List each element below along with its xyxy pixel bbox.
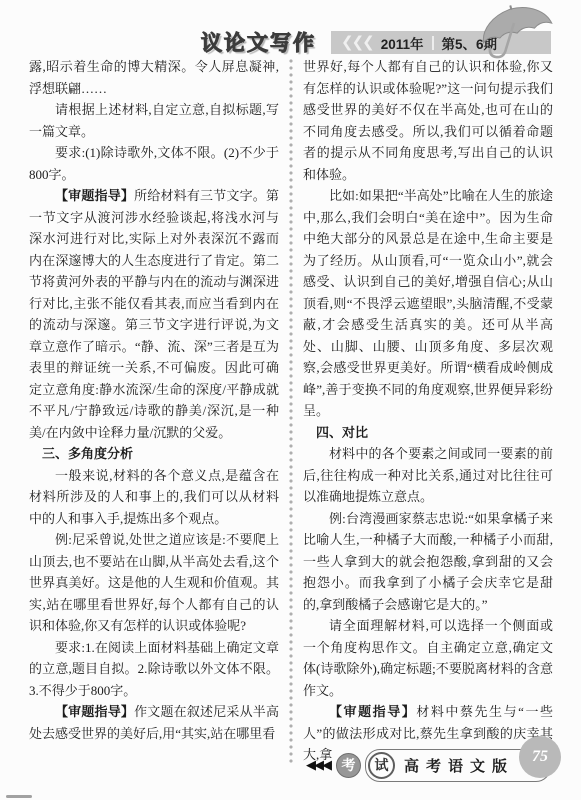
column-divider: [288, 58, 294, 766]
exam-badge-shi: 试: [368, 752, 395, 779]
chevrons-icon: ❮❮❮: [341, 35, 373, 50]
year-label: 2011年: [381, 33, 424, 53]
paragraph: 例:台湾漫画家蔡志忠说:“如果拿橘子来比喻人生,一种橘子大而酸,一种橘子小而甜,…: [303, 508, 553, 616]
paragraph: 世界好,每个人都有自己的认识和体验,你又有怎样的认识或体验呢?”这一问句提示我们…: [303, 56, 553, 185]
paragraph: 一般来说,材料的各个意义点,是蕴含在材料所涉及的人和事上的,我们可以从材料中的人…: [29, 465, 279, 530]
paragraph: 请根据上述材料,自定立意,自拟标题,写一篇文章。: [29, 99, 279, 142]
back-arrows-icon: ◀◀◀: [306, 758, 330, 773]
paragraph-text: 要求:(1)除诗歌外,文体不限。(2)不少于800字。: [29, 145, 279, 182]
article-body: 露,昭示着生命的博大精深。令人屏息凝神,浮想联翩…… 请根据上述材料,自定立意,…: [29, 56, 553, 766]
paragraph: 【审题指导】作文题在叙述尼采从半高处去感受世界的美好后,用“其实,站在哪里看: [29, 701, 279, 744]
exam-guide-lead: 【审题指导】: [55, 188, 134, 203]
paragraph-text: 所给材料有三节文字。第一节文字从渡河涉水经验谈起,将浅水河与深水河进行对比,实际…: [29, 188, 279, 440]
paragraph-text: 例:台湾漫画家蔡志忠说:“如果拿橘子来比喻人生,一种橘子大而酸,一种橘子小而甜,…: [303, 511, 553, 612]
exam-guide-lead: 【审题指导】: [329, 704, 416, 719]
paragraph-text: 露,昭示着生命的博大精深。令人屏息凝神,浮想联翩……: [29, 59, 279, 96]
paragraph-text: 要求:1.在阅读上面材料基础上确定文章的立意,题目自拟。2.除诗歌以外文体不限。…: [29, 640, 279, 698]
exam-guide-lead: 【审题指导】: [55, 704, 134, 719]
paragraph: 要求:1.在阅读上面材料基础上确定文章的立意,题目自拟。2.除诗歌以外文体不限。…: [29, 637, 279, 702]
paragraph: 要求:(1)除诗歌外,文体不限。(2)不少于800字。: [29, 142, 279, 185]
right-column: 世界好,每个人都有自己的认识和体验,你又有怎样的认识或体验呢?”这一问句提示我们…: [303, 56, 553, 766]
paragraph: 例:尼采曾说,处世之道应该是:不要爬上山顶去,也不要站在山脚,从半高处去看,这个…: [29, 529, 279, 637]
paragraph-text: 材料中的各个要素之间或同一要素的前后,往往构成一种对比关系,通过对比往往可以准确…: [303, 446, 553, 504]
paragraph: 露,昭示着生命的博大精深。令人屏息凝神,浮想联翩……: [29, 56, 279, 99]
brand-label: 高考语文版: [404, 755, 514, 776]
left-column: 露,昭示着生命的博大精深。令人屏息凝神,浮想联翩…… 请根据上述材料,自定立意,…: [29, 56, 279, 766]
paragraph-text: 请全面理解材料,可以选择一个侧面或一个角度构思作文。自主确定立意,确定文体(诗歌…: [303, 618, 553, 698]
paragraph-text: 请根据上述材料,自定立意,自拟标题,写一篇文章。: [29, 102, 279, 139]
bar-divider: [432, 36, 434, 50]
journal-title: 议论文写作: [201, 27, 316, 57]
page-footer: ◀◀◀ 考 试 高考语文版 75: [306, 740, 561, 790]
section-heading-contrast: 四、对比: [303, 422, 553, 444]
paragraph-text: 一般来说,材料的各个意义点,是蕴含在材料所涉及的人和事上的,我们可以从材料中的人…: [29, 468, 279, 526]
section-heading-multi-angle: 三、多角度分析: [29, 443, 279, 465]
page-number-badge: 75: [519, 736, 561, 778]
paragraph-text: 例:尼采曾说,处世之道应该是:不要爬上山顶去,也不要站在山脚,从半高处去看,这个…: [29, 532, 279, 633]
scan-artifact: [6, 795, 32, 798]
exam-badge-kao: 考: [336, 753, 361, 778]
paragraph-text: 世界好,每个人都有自己的认识和体验,你又有怎样的认识或体验呢?”这一问句提示我们…: [303, 59, 553, 182]
paragraph: 比如:如果把“半高处”比喻在人生的旅途中,那么,我们会明白“美在途中”。因为生命…: [303, 185, 553, 422]
paragraph: 请全面理解材料,可以选择一个侧面或一个角度构思作文。自主确定立意,确定文体(诗歌…: [303, 615, 553, 701]
paragraph: 材料中的各个要素之间或同一要素的前后,往往构成一种对比关系,通过对比往往可以准确…: [303, 443, 553, 508]
paragraph-text: 比如:如果把“半高处”比喻在人生的旅途中,那么,我们会明白“美在途中”。因为生命…: [303, 188, 553, 418]
paragraph: 【审题指导】所给材料有三节文字。第一节文字从渡河涉水经验谈起,将浅水河与深水河进…: [29, 185, 279, 443]
scanned-magazine-page: 议论文写作 ❮❮❮ 2011年 第5、6期 露,昭示着生命的博大精深。令人屏息凝…: [0, 0, 581, 800]
